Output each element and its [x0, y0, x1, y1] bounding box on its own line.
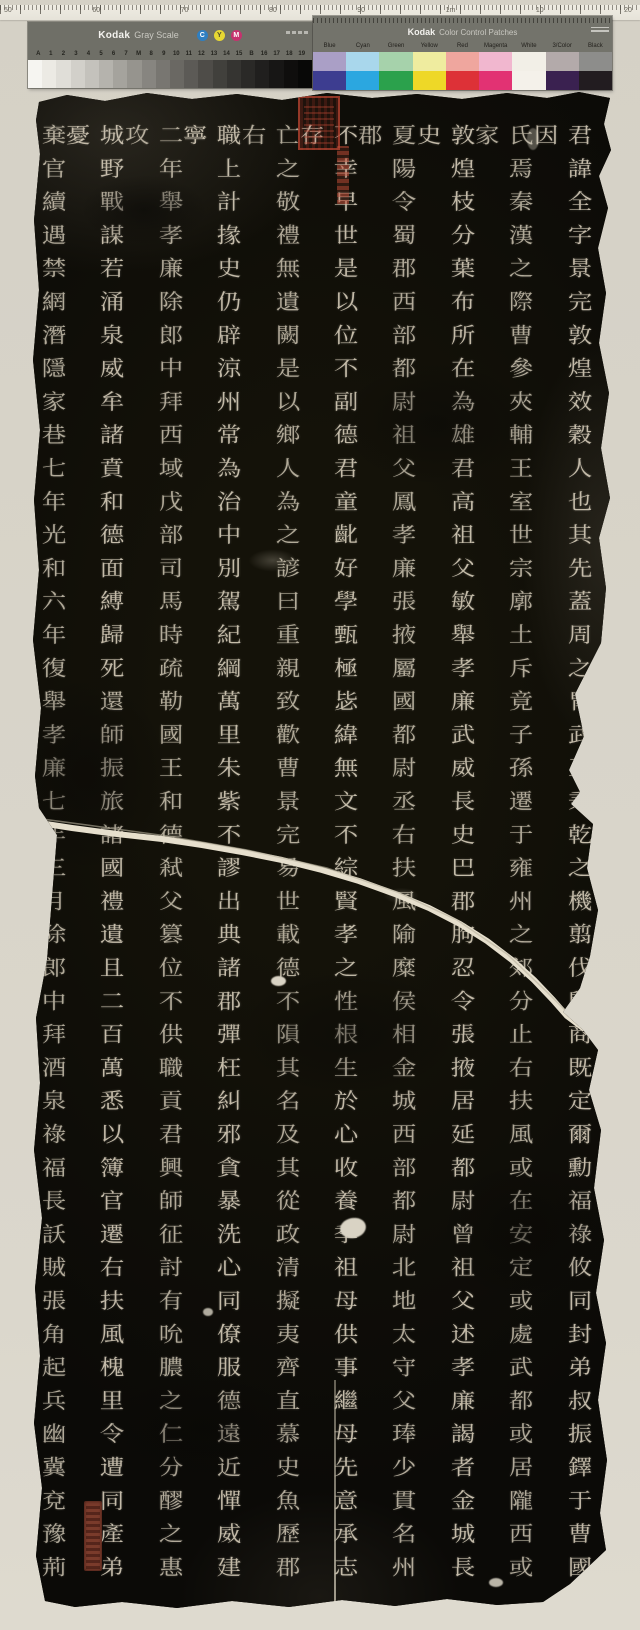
kodak-brand-label: Kodak — [98, 30, 130, 41]
kodak-brand-label: Kodak — [408, 27, 436, 37]
fine-print-marks — [286, 31, 308, 34]
collector-seal-square — [298, 96, 340, 150]
ruler-labels: 50607080901m1020 — [4, 5, 632, 15]
color-patch — [546, 71, 579, 90]
gray-step — [156, 60, 170, 88]
text-column: 不幸早世是以位不副德君童齔好學甄極毖緯無文不綜賢孝之性根生於心收養季祖母供事繼母… — [293, 124, 361, 1612]
gray-step — [42, 60, 56, 88]
color-dot-y: Y — [214, 30, 225, 41]
ruler-number: 70 — [181, 7, 189, 15]
gray-step — [71, 60, 85, 88]
color-patch — [346, 71, 379, 90]
patch-card-mini-ruler — [313, 16, 612, 25]
text-column: 城野戰謀若涌泉威牟諸賁和德面縛歸死還師振旅諸國禮遺且二百萬悉以簿官遷右扶風槐里令… — [60, 124, 128, 1612]
color-dot-m: M — [231, 30, 242, 41]
color-patch — [313, 52, 346, 71]
color-patch — [512, 71, 545, 90]
damage-spot — [489, 1578, 503, 1587]
text-column: 君諱全字景完敦煌效穀人也其先蓋周之冑武王秉乾之機翦伐殷商既定爾勳福祿攸同封弟叔振… — [527, 124, 595, 1612]
color-patch — [313, 71, 346, 90]
patch-label: Black — [579, 43, 612, 49]
collector-seal-rectangular — [84, 1501, 102, 1571]
gray-scale-tick: 12 — [195, 51, 208, 57]
scanned-rubbing-page: 50607080901m1020 Kodak Gray Scale CYM A1… — [0, 0, 640, 1630]
vertical-crack-line — [334, 1380, 336, 1612]
color-patch — [446, 71, 479, 90]
color-patch — [546, 52, 579, 71]
text-column: 同時並動而縣民郭家等復造逆亂燔燒城寺萬民騷擾人褱不安三郡告急羽檄仍至於時聖主諮諏… — [0, 124, 11, 1612]
gray-step — [213, 60, 227, 88]
patch-label: Magenta — [479, 43, 512, 49]
kodak-gray-scale-card: Kodak Gray Scale CYM A1234567M8910111213… — [28, 22, 312, 88]
gray-step — [298, 60, 312, 88]
color-patch — [579, 52, 612, 71]
gray-step — [127, 60, 141, 88]
gray-scale-tick: 8 — [145, 51, 158, 57]
patch-label: Yellow — [413, 43, 446, 49]
gray-step — [198, 60, 212, 88]
gray-scale-tick: 10 — [170, 51, 183, 57]
gray-scale-header: Kodak Gray Scale CYM — [28, 22, 312, 48]
gray-step — [85, 60, 99, 88]
color-dot-c: C — [197, 30, 208, 41]
gray-scale-tick: 17 — [270, 51, 283, 57]
gray-scale-tick: 2 — [57, 51, 70, 57]
ruler-number: 10 — [536, 7, 544, 15]
text-column: 棄官續遇禁網潛隱家巷七年光和六年復舉孝廉七年三月除郎中拜酒泉祿福長訞賊張角起兵幽… — [1, 124, 69, 1612]
gray-scale-tick: M — [132, 51, 145, 57]
patch-label: Blue — [313, 43, 346, 49]
gray-scale-tick: 3 — [70, 51, 83, 57]
color-patch — [479, 52, 512, 71]
cym-dots: CYM — [197, 30, 242, 41]
text-column: 夏陽令蜀郡西部都尉祖父鳳孝廉張掖屬國都尉丞右扶風隃糜侯相金城西部都尉北地太守父琫… — [352, 124, 420, 1612]
color-patch — [479, 71, 512, 90]
gray-scale-tick: A — [32, 51, 45, 57]
patch-row-saturated — [313, 71, 612, 90]
gray-scale-tick: 1 — [45, 51, 58, 57]
gray-step — [99, 60, 113, 88]
color-patch — [379, 52, 412, 71]
color-patch — [579, 71, 612, 90]
gray-scale-tick: 7 — [120, 51, 133, 57]
patch-row-pastel — [313, 52, 612, 71]
gray-scale-tick: 15 — [233, 51, 246, 57]
gray-step — [269, 60, 283, 88]
gray-scale-tick-labels: A1234567M89101112131415B16171819 — [28, 48, 312, 60]
ruler-number: 20 — [624, 7, 632, 15]
gray-scale-title: Gray Scale — [134, 30, 179, 40]
gray-scale-tick: 14 — [220, 51, 233, 57]
small-red-inscription — [337, 146, 349, 204]
gray-step — [56, 60, 70, 88]
gray-scale-tick: 11 — [183, 51, 196, 57]
gray-step — [255, 60, 269, 88]
text-column: 敦煌枝分葉布所在為雄君高祖父敏舉孝廉武威長史巴郡朐忍令張掖居延都尉曾祖父述孝廉謁… — [410, 124, 478, 1612]
ruler-number: 50 — [4, 7, 12, 15]
color-patch — [512, 52, 545, 71]
color-patches-title: Color Control Patches — [439, 28, 517, 37]
patch-label: White — [512, 43, 545, 49]
color-patch — [446, 52, 479, 71]
gray-step — [28, 60, 42, 88]
patch-labels-row: BlueCyanGreenYellowRedMagentaWhite3/Colo… — [313, 39, 612, 52]
gray-step — [170, 60, 184, 88]
damage-spot — [271, 976, 286, 986]
color-patch — [413, 71, 446, 90]
inscription-columns: 君諱全字景完敦煌效穀人也其先蓋周之冑武王秉乾之機翦伐殷商既定爾勳福祿攸同封弟叔振… — [27, 88, 612, 1612]
damage-spot — [203, 1308, 213, 1316]
gray-step — [284, 60, 298, 88]
color-patch — [413, 52, 446, 71]
gray-scale-tick: 9 — [157, 51, 170, 57]
patch-label: Cyan — [346, 43, 379, 49]
ruler-number: 1m — [446, 7, 456, 15]
damage-spot — [527, 128, 539, 150]
gray-step — [142, 60, 156, 88]
gray-step — [113, 60, 127, 88]
color-patches-header: Kodak Color Control Patches — [313, 25, 612, 39]
gray-scale-tick: 18 — [283, 51, 296, 57]
color-patch — [346, 52, 379, 71]
text-column: 氏焉秦漢之際曹參夾輔王室世宗廓土斥竟子孫遷于雍州之郊分止右扶風或在安定或處武都或… — [469, 124, 537, 1612]
gray-scale-tick: 5 — [95, 51, 108, 57]
patch-label: Green — [379, 43, 412, 49]
patch-label: 3/Color — [546, 43, 579, 49]
text-column: 職上計掾史仍辟涼州常為治中別駕紀綱萬里朱紫不謬出典諸郡彈枉糾邪貪暴洗心同僚服德遠… — [176, 124, 244, 1612]
gray-scale-tick: B — [245, 51, 258, 57]
ruler-number: 80 — [269, 7, 277, 15]
ruler-number: 60 — [92, 7, 100, 15]
stele-rubbing: 君諱全字景完敦煌效穀人也其先蓋周之冑武王秉乾之機翦伐殷商既定爾勳福祿攸同封弟叔振… — [27, 88, 612, 1612]
gray-scale-tick: 13 — [208, 51, 221, 57]
gray-scale-tick: 6 — [107, 51, 120, 57]
gray-step — [241, 60, 255, 88]
patch-label: Red — [446, 43, 479, 49]
fine-print-marks — [591, 27, 609, 32]
gray-scale-gradient-strip — [28, 60, 312, 88]
gray-step — [184, 60, 198, 88]
color-patch — [379, 71, 412, 90]
gray-scale-tick: 4 — [82, 51, 95, 57]
gray-scale-tick: 19 — [295, 51, 308, 57]
text-column: 亡之敬禮無遺闕是以鄉人為之諺曰重親致歡曹景完易世載德不隕其名及其從政清擬夷齊直慕… — [235, 124, 303, 1612]
text-column: 二年舉孝廉除郎中拜西域戊部司馬時疏勒國王和德弒父篡位不供職貢君興師征討有吮膿之仁… — [118, 124, 186, 1612]
gray-step — [227, 60, 241, 88]
gray-scale-tick: 16 — [258, 51, 271, 57]
kodak-color-control-card: Kodak Color Control Patches BlueCyanGree… — [313, 16, 612, 90]
ruler-number: 90 — [357, 7, 365, 15]
